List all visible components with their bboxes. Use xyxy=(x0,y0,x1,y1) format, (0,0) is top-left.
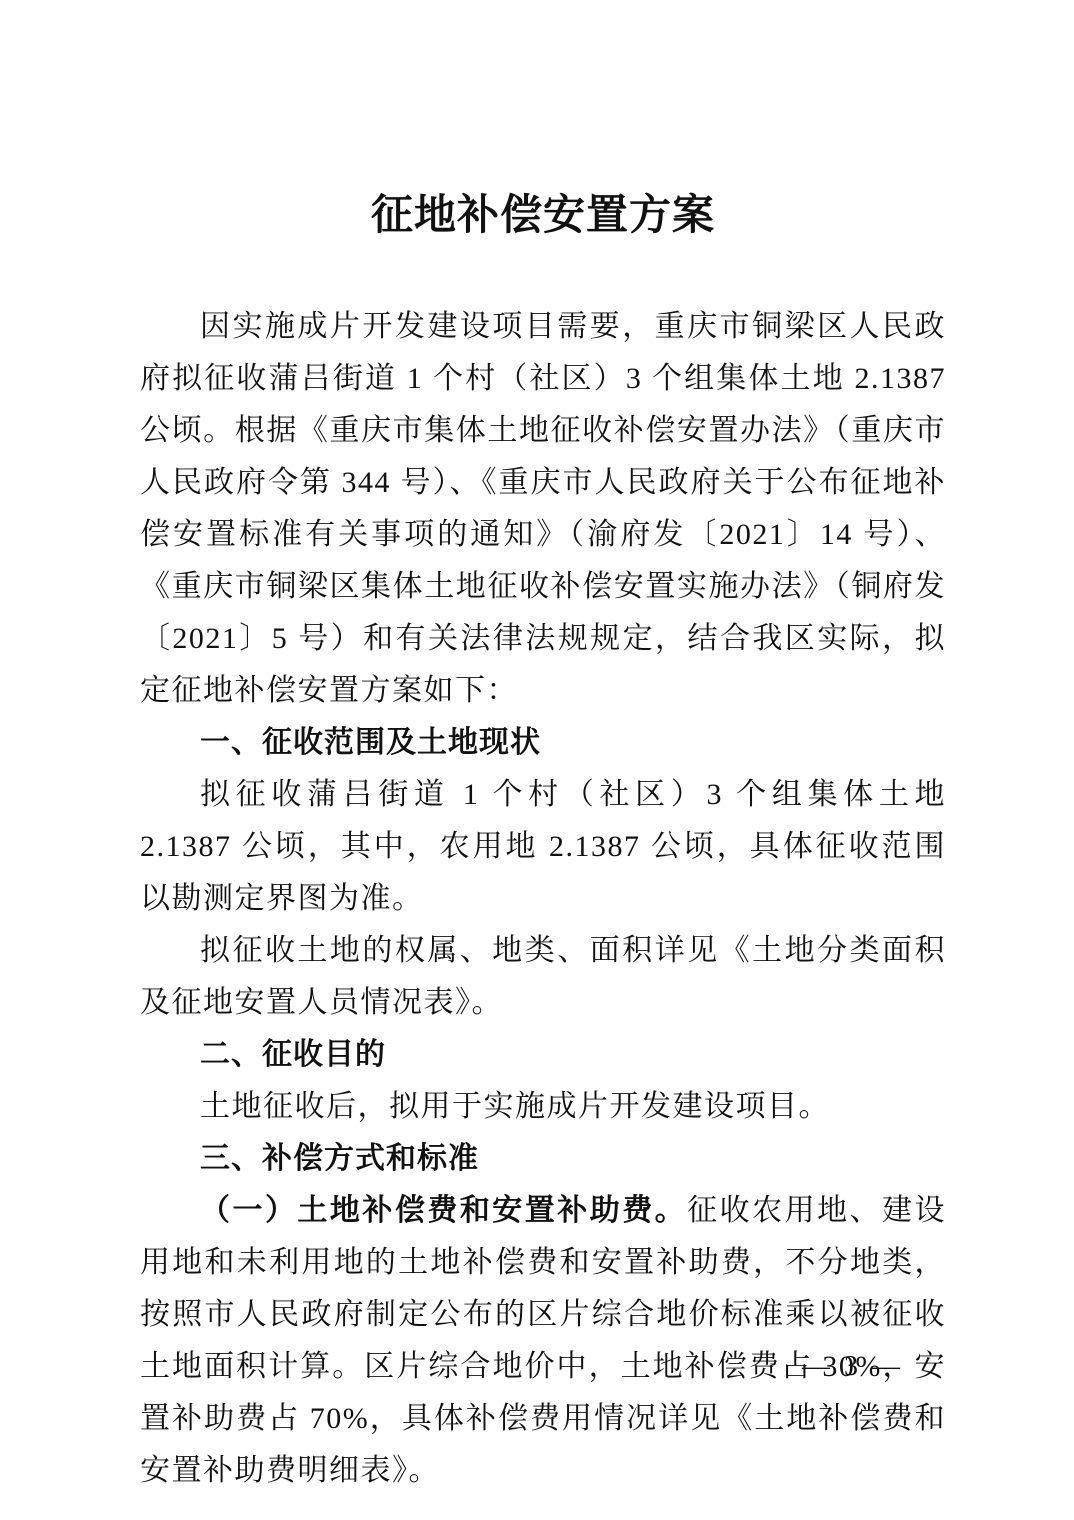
document-body: 因实施成片开发建设项目需要，重庆市铜梁区人民政府拟征收蒲吕街道 1 个村（社区）… xyxy=(140,301,946,1497)
document-title: 征地补偿安置方案 xyxy=(140,190,946,242)
paragraph-compensation-lead: （一）土地补偿费和安置补助费。 xyxy=(200,1194,687,1227)
document-page: 征地补偿安置方案 因实施成片开发建设项目需要，重庆市铜梁区人民政府拟征收蒲吕街道… xyxy=(0,0,1074,1520)
section-heading-1: 一、征收范围及土地现状 xyxy=(140,717,946,769)
page-number: —3— xyxy=(802,1341,900,1393)
page-number-dash-right: — xyxy=(872,1351,900,1382)
paragraph-scope-area: 拟征收蒲吕街道 1 个村（社区）3 个组集体土地 2.1387 公顷，其中，农用… xyxy=(140,769,946,925)
page-number-value: 3 xyxy=(844,1341,858,1393)
page-number-dash-left: — xyxy=(802,1351,830,1382)
paragraph-purpose: 土地征收后，拟用于实施成片开发建设项目。 xyxy=(140,1081,946,1133)
paragraph-scope-table-ref: 拟征收土地的权属、地类、面积详见《土地分类面积及征地安置人员情况表》。 xyxy=(140,925,946,1029)
section-heading-2: 二、征收目的 xyxy=(140,1029,946,1081)
section-heading-3: 三、补偿方式和标准 xyxy=(140,1133,946,1185)
paragraph-intro: 因实施成片开发建设项目需要，重庆市铜梁区人民政府拟征收蒲吕街道 1 个村（社区）… xyxy=(140,301,946,717)
